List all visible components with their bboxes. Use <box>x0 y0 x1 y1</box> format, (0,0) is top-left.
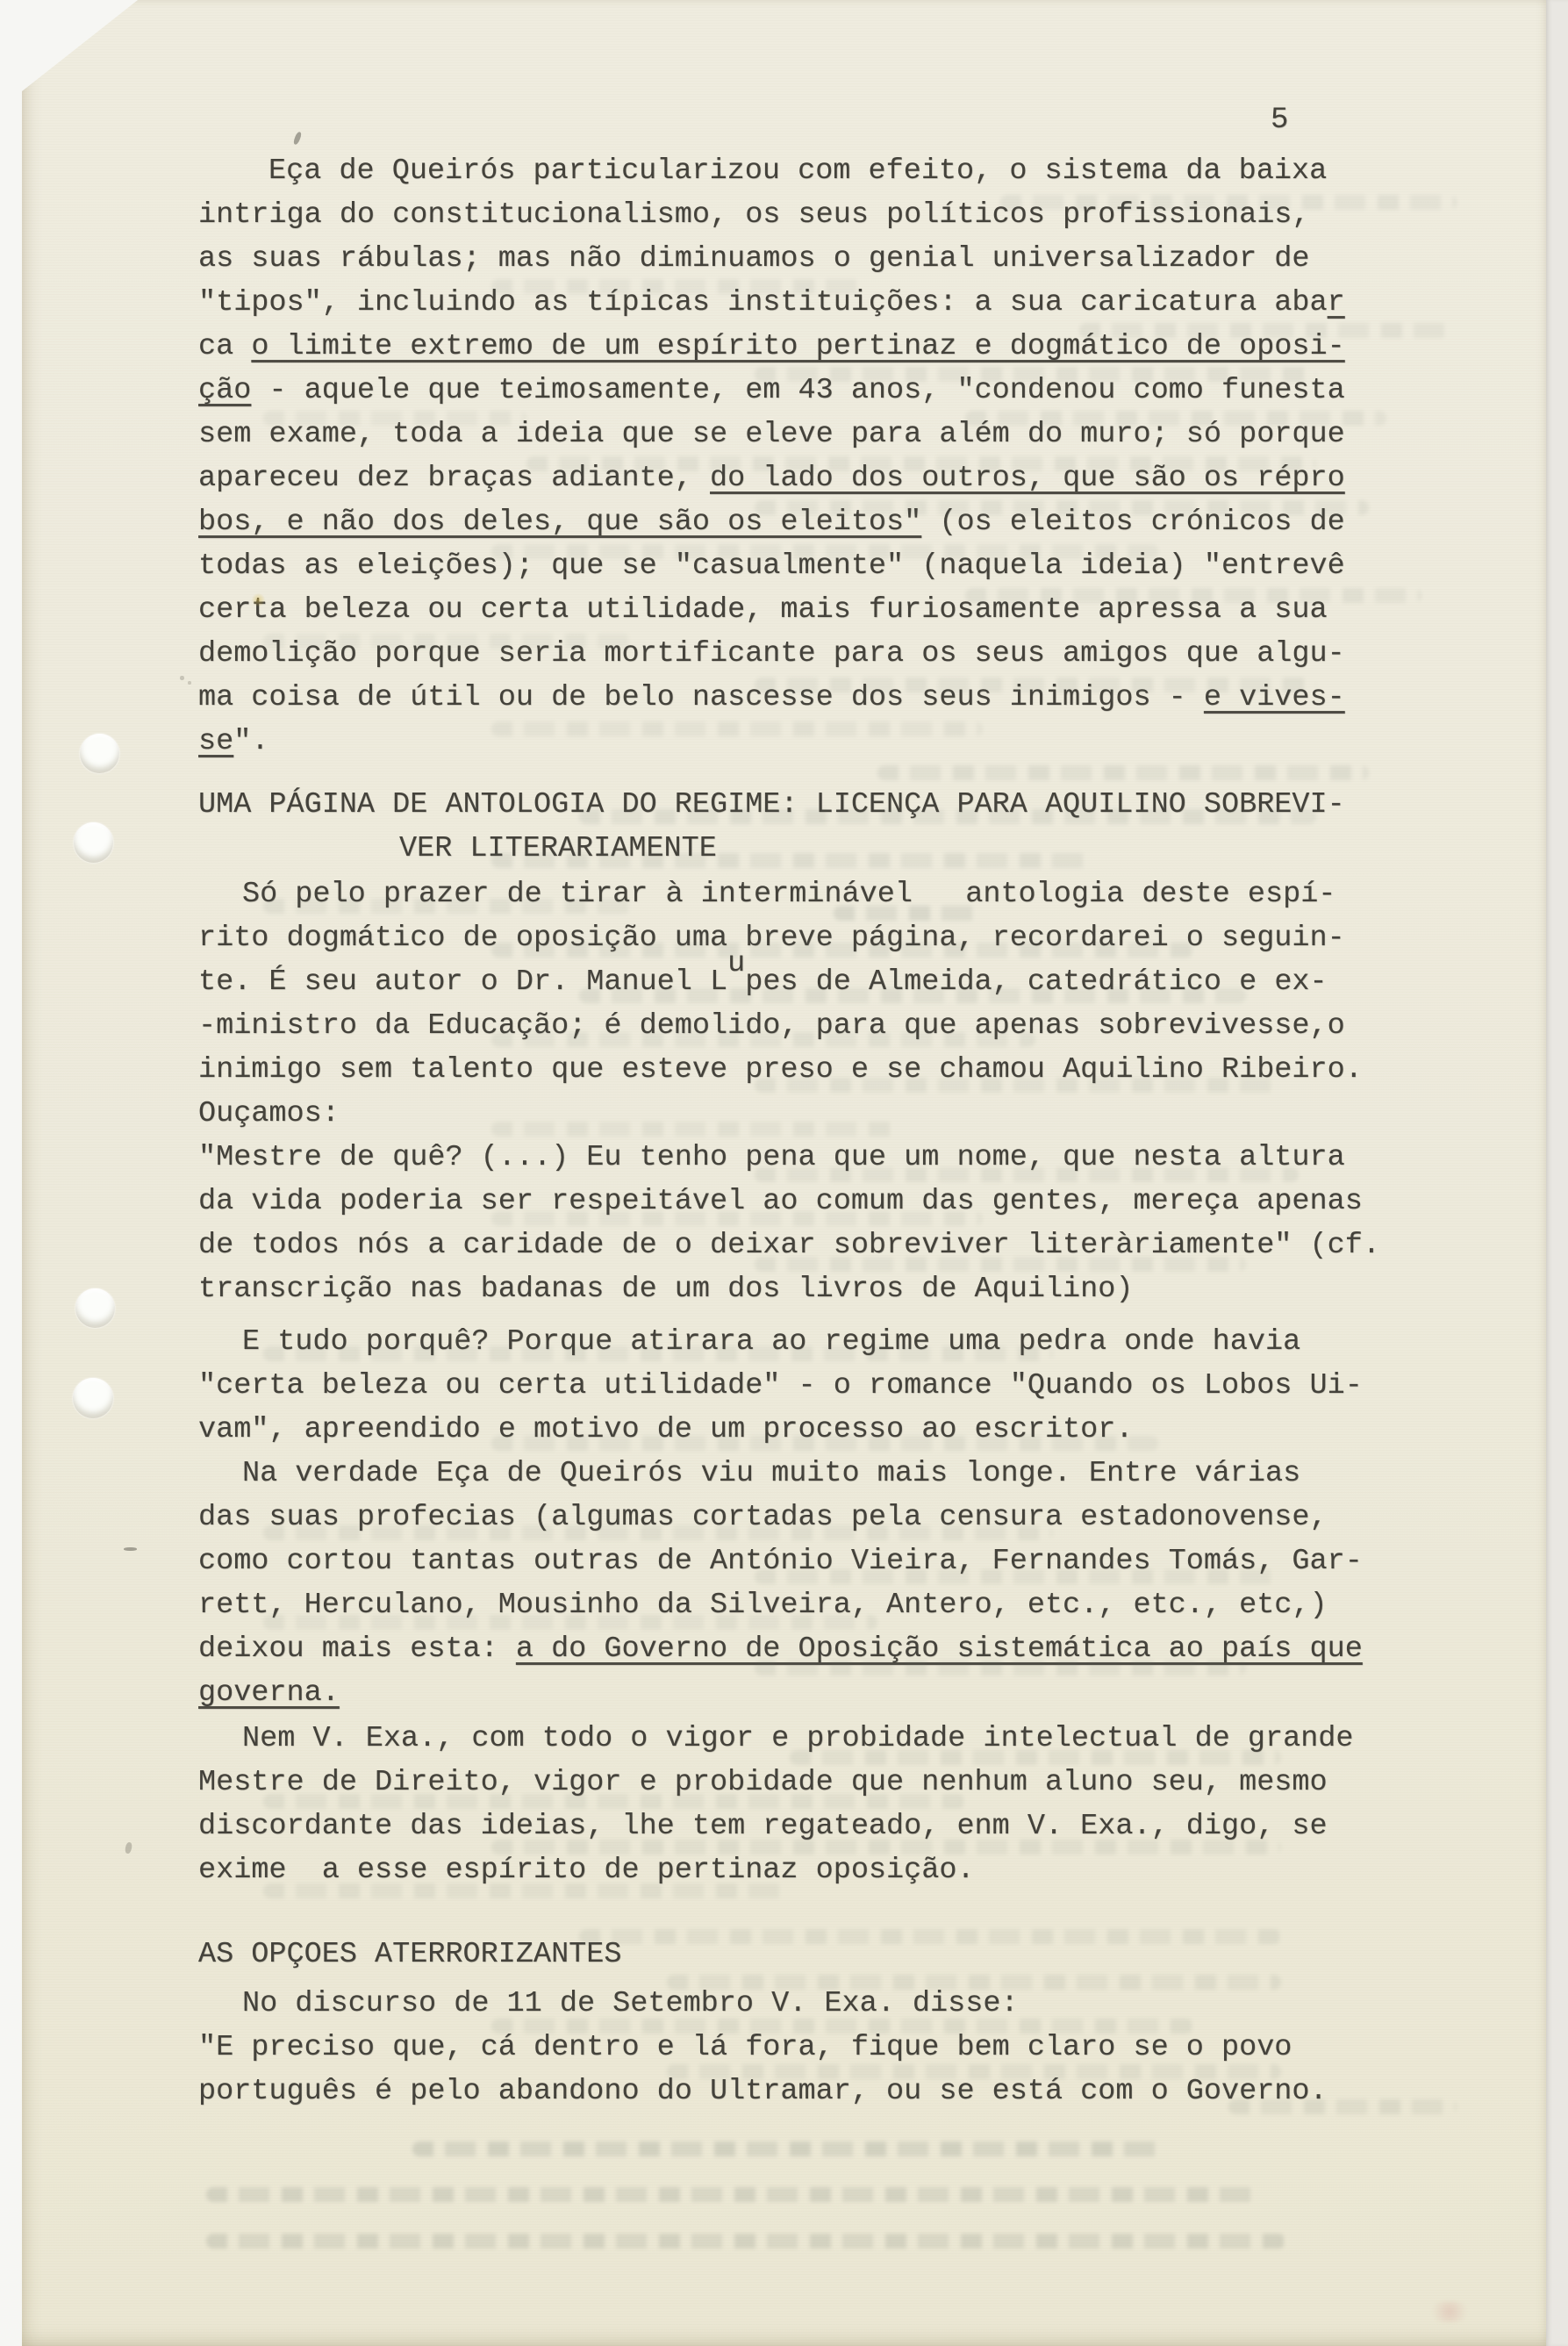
paper-stain <box>251 593 266 606</box>
bleedthrough-smudge <box>263 1883 790 1898</box>
typescript-line: governa. <box>198 1676 1497 1720</box>
bleedthrough-smudge <box>667 1975 1281 1990</box>
section-paragraph: Na verdade Eça de Queirós viu muito mais… <box>198 1457 1497 1720</box>
bleedthrough-smudge <box>579 1929 1281 1944</box>
bleedthrough-smudge <box>491 853 1088 868</box>
bleedthrough-smudge <box>755 1167 1299 1182</box>
bleedthrough-smudge <box>491 1211 983 1226</box>
bleedthrough-smudge <box>491 544 1158 559</box>
bleedthrough-smudge <box>491 1436 1158 1451</box>
punch-hole-4 <box>73 1378 113 1418</box>
typed-text: ". <box>233 725 268 758</box>
bleedthrough-smudge <box>263 1794 965 1809</box>
page-number: 5 <box>1271 104 1288 137</box>
punch-hole-1 <box>80 734 119 773</box>
typed-text: Eça de Queirós particularizou com efeito… <box>268 154 1327 188</box>
bleedthrough-smudge <box>790 1750 1281 1765</box>
typed-text: exime a esse espírito de pertinaz oposiç… <box>198 1854 975 1887</box>
bleedthrough-smudge <box>491 721 983 736</box>
bleedthrough-smudge <box>755 678 1316 692</box>
paper-stain <box>1427 2301 1472 2322</box>
typescript-line: Na verdade Eça de Queirós viu muito mais… <box>198 1457 1497 1501</box>
bleedthrough-smudge <box>491 1032 1035 1047</box>
section-paragraph: Nem V. Exa., com todo o vigor e probidad… <box>198 1722 1497 1898</box>
bleedthrough-smudge <box>579 809 1316 824</box>
bleedthrough-smudge <box>526 456 1316 471</box>
bleedthrough-smudge <box>491 2019 1193 2034</box>
typescript-line: "certa beleza ou certa utilidade" - o ro… <box>198 1369 1497 1413</box>
typed-text: deixou mais esta: <box>198 1632 516 1666</box>
bleedthrough-smudge <box>1000 195 1457 210</box>
typed-text: "E preciso que, cá dentro e lá fora, fiq… <box>198 2031 1292 2064</box>
punch-hole-2 <box>74 822 113 863</box>
bleedthrough-smudge <box>834 906 983 921</box>
underlined-text: governa. <box>198 1676 340 1710</box>
ink-speck <box>188 681 191 685</box>
bleedthrough-smudge <box>491 279 860 294</box>
typed-text: as suas rábulas; mas não diminuamos o ge… <box>198 242 1310 276</box>
bleedthrough-smudge <box>755 1078 1281 1093</box>
bleedthrough-smudge <box>263 899 632 914</box>
bleedthrough-smudge <box>263 634 632 649</box>
ink-speck <box>124 1547 137 1551</box>
underlined-text: se <box>198 725 233 758</box>
bleedthrough-smudge <box>667 2064 1281 2079</box>
bleedthrough-smudge <box>491 943 1193 958</box>
bleedthrough-smudge <box>755 1257 1246 1272</box>
bleedthrough-smudge <box>1228 2099 1457 2114</box>
typed-text: "certa beleza ou certa utilidade" - o ro… <box>198 1369 1363 1403</box>
typed-text: discordante das ideias, lhe tem regatead… <box>198 1810 1328 1843</box>
punch-hole-3 <box>75 1288 115 1328</box>
bleedthrough-smudge <box>263 1615 877 1630</box>
bleedthrough-smudge <box>206 2187 1255 2202</box>
typed-text: Ouçamos: <box>198 1097 340 1130</box>
typescript-line: transcrição nas badanas de um dos livros… <box>198 1273 1497 1316</box>
ink-speck <box>180 676 184 680</box>
scan-right-edge <box>1546 0 1568 2346</box>
underlined-text: r <box>1328 286 1345 319</box>
bleedthrough-smudge <box>491 1840 1281 1855</box>
bleedthrough-smudge <box>263 1346 1053 1361</box>
bleedthrough-smudge <box>965 411 1386 426</box>
typed-text: Na verdade Eça de Queirós viu muito mais… <box>242 1457 1300 1490</box>
typed-text: No discurso de 11 de Setembro V. Exa. di… <box>242 1987 1019 2020</box>
typescript: Eça de Queirós particularizou com efeito… <box>198 154 1497 2119</box>
bleedthrough-smudge <box>877 765 1369 780</box>
scanned-page-background: { "page": { "number": "5" }, "document":… <box>0 0 1568 2346</box>
bleedthrough-smudge <box>412 2142 1167 2156</box>
typed-text: português é pelo abandono do Ultramar, o… <box>198 2075 1328 2108</box>
bleedthrough-smudge <box>1079 323 1448 338</box>
bleedthrough-smudge <box>755 500 1369 515</box>
typed-text: transcrição nas badanas de um dos livros… <box>198 1273 1133 1306</box>
bleedthrough-smudge <box>263 411 526 426</box>
typed-text: AS OPÇOES ATERRORIZANTES <box>198 1938 621 1971</box>
typescript-line: Eça de Queirós particularizou com efeito… <box>198 154 1497 198</box>
underlined-text: ção <box>198 374 251 407</box>
bleedthrough-smudge <box>755 1569 1281 1584</box>
bleedthrough-smudge <box>206 2234 1285 2249</box>
bleedthrough-smudge <box>579 988 1246 1003</box>
bleedthrough-smudge <box>965 588 1421 603</box>
bleedthrough-smudge <box>263 1525 1053 1540</box>
typed-text: ca <box>198 330 251 363</box>
bleedthrough-smudge <box>755 367 1316 382</box>
bleedthrough-smudge <box>491 1122 895 1137</box>
bleedthrough-smudge <box>755 1661 1246 1675</box>
